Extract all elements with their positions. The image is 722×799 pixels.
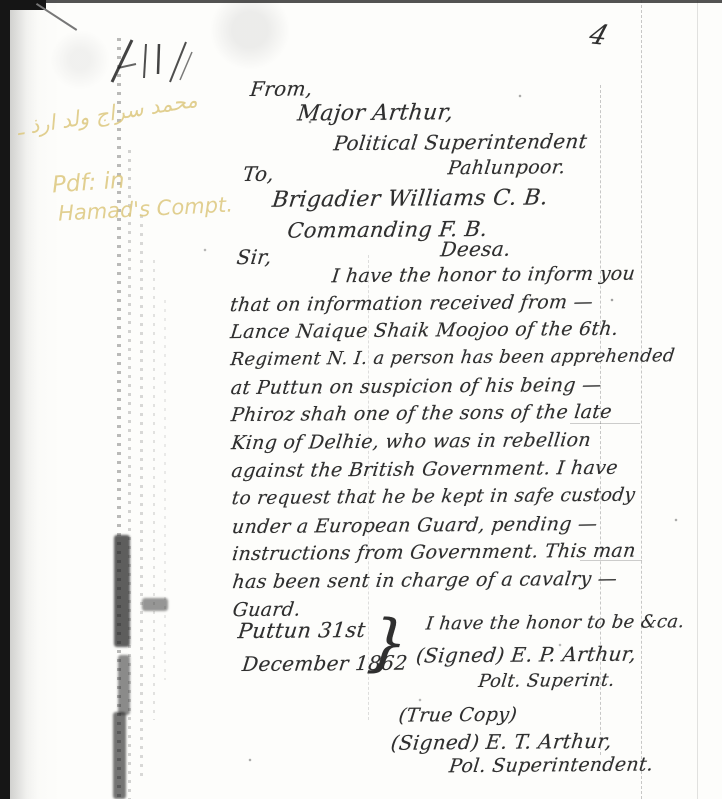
- letter-from-title: Political Superintendent: [332, 129, 588, 155]
- true-copy-label: (True Copy): [398, 704, 519, 727]
- letter-to-place: Deesa.: [439, 237, 512, 262]
- closing-signature: (Signed) E. P. Arthur,: [415, 642, 638, 668]
- letter-from-place: Pahlunpoor.: [447, 156, 567, 179]
- true-copy-signature: (Signed) E. T. Arthur,: [390, 729, 614, 755]
- true-copy-signature-title: Pol. Superintendent.: [448, 753, 655, 777]
- letter-body-line: Regiment N. I. a person has been apprehe…: [229, 345, 676, 370]
- scanned-letter-page: 4 محمد سراج ولد ارذ ـ Pdf: in Hamad's Co…: [0, 0, 722, 799]
- letter-to-label: To,: [242, 162, 276, 186]
- letter-body-line: to request that he be kept in safe custo…: [231, 485, 637, 510]
- letter-body-line: against the British Government. I have: [230, 457, 619, 482]
- letter-salutation: Sir,: [235, 245, 273, 269]
- letter-body-line: I have the honor to inform you: [331, 263, 637, 288]
- letter-body-line: King of Delhie, who was in rebellion: [230, 429, 592, 454]
- letter-to-name: Brigadier Williams C. B.: [271, 185, 549, 212]
- letter-body-line: Lance Naique Shaik Moojoo of the 6th.: [229, 318, 619, 343]
- letter-body-line: has been sent in charge of a cavalry —: [231, 568, 618, 593]
- letter-from-label: From,: [249, 76, 314, 101]
- letter-body-line: Phiroz shah one of the sons of the late: [230, 401, 613, 426]
- closing-signature-title: Polt. Superint.: [477, 670, 616, 692]
- closing-valediction: I have the honor to be &ca.: [425, 611, 686, 634]
- letter-body-line: at Puttun on suspicion of his being —: [230, 374, 603, 399]
- letter-body: From, Major Arthur, Political Superinten…: [0, 0, 722, 799]
- letter-body-line: under a European Guard, pending —: [231, 513, 599, 538]
- dateline-brace: }: [365, 611, 411, 674]
- letter-body-line: that on information received from —: [229, 291, 594, 316]
- dateline-place: Puttun 31st: [237, 618, 367, 643]
- letter-body-line: instructions from Government. This man: [231, 540, 637, 566]
- letter-from-name: Major Arthur,: [296, 100, 455, 126]
